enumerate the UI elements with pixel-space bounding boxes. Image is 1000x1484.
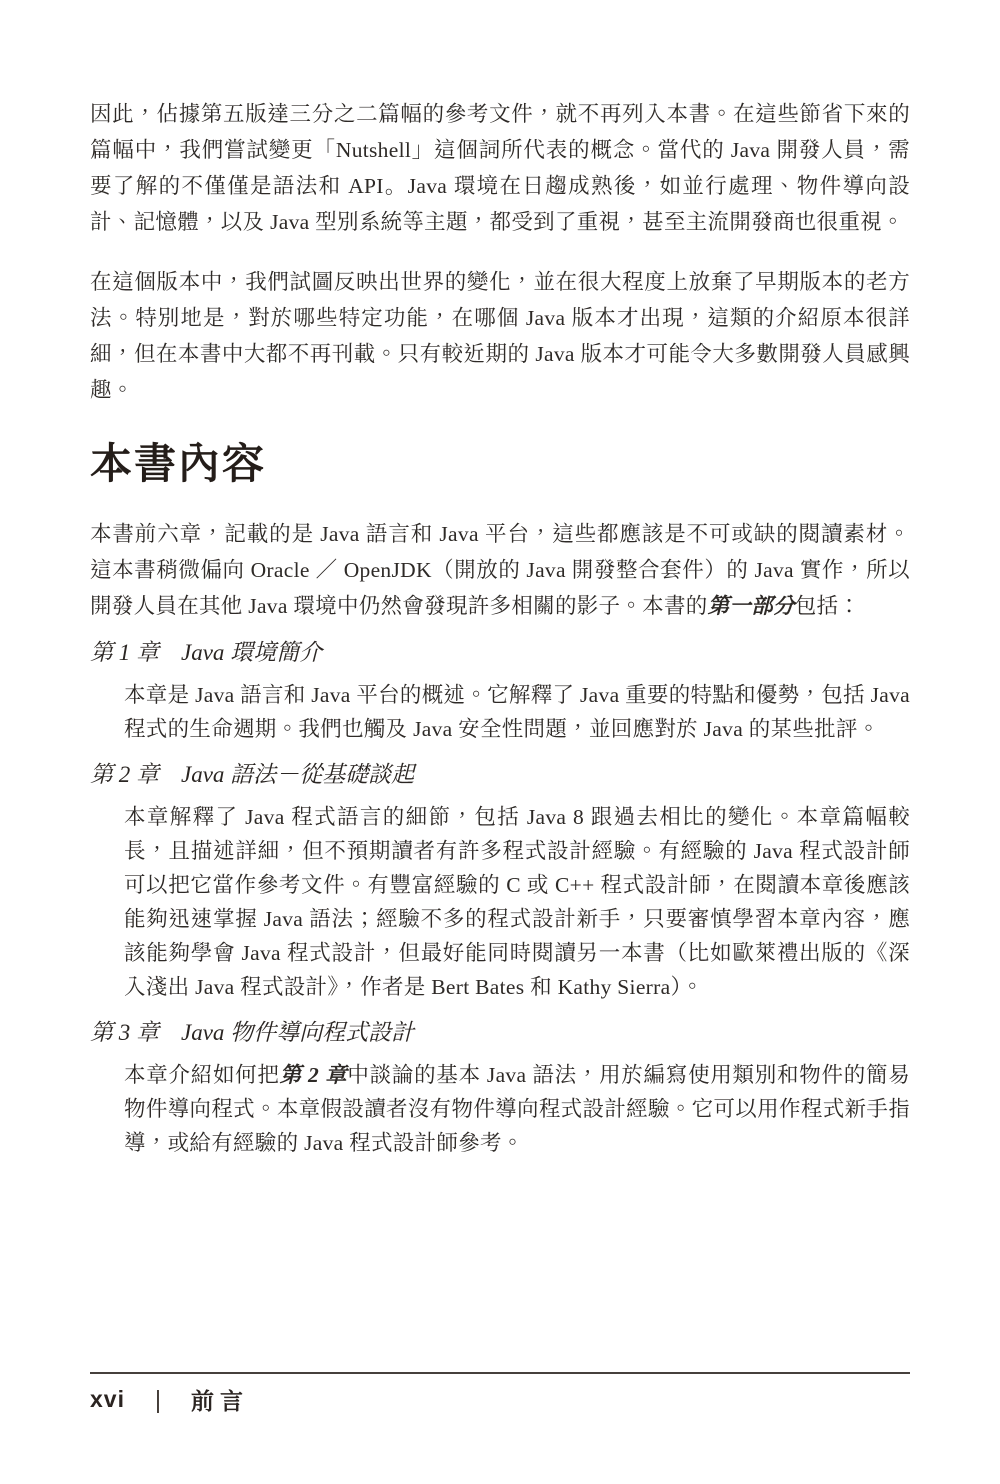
footer-row: xvi | 前言: [90, 1383, 910, 1416]
page-content: 因此，佔據第五版達三分之二篇幅的參考文件，就不再列入本書。在這些節省下來的篇幅中…: [90, 0, 910, 1160]
intro-paragraph: 因此，佔據第五版達三分之二篇幅的參考文件，就不再列入本書。在這些節省下來的篇幅中…: [90, 96, 910, 240]
footer-section-label: 前言: [191, 1383, 249, 1416]
chapter-description-text: 本章解釋了 Java 程式語言的細節，包括 Java 8 跟過去相比的變化。本章…: [124, 805, 910, 999]
intro-paragraph: 在這個版本中，我們試圖反映出世界的變化，並在很大程度上放棄了早期版本的老方法。特…: [90, 264, 910, 408]
page-footer: xvi | 前言: [90, 1372, 910, 1416]
chapter-heading: 第 2 章Java 語法－從基礎談起: [90, 758, 910, 792]
book-page: 因此，佔據第五版達三分之二篇幅的參考文件，就不再列入本書。在這些節省下來的篇幅中…: [0, 0, 1000, 1484]
chapter-title: Java 語法－從基礎談起: [181, 762, 414, 787]
chapter-number-label: 第 3 章: [90, 1020, 159, 1045]
chapter-entry: 第 3 章Java 物件導向程式設計 本章介紹如何把第 2 章中談論的基本 Ja…: [90, 1016, 910, 1160]
page-number: xvi: [90, 1386, 125, 1413]
chapter-description: 本章介紹如何把第 2 章中談論的基本 Java 語法，用於編寫使用類別和物件的簡…: [124, 1058, 910, 1160]
chapter-number-label: 第 2 章: [90, 762, 159, 787]
section-intro-paragraph: 本書前六章，記載的是 Java 語言和 Java 平台，這些都應該是不可或缺的閱…: [90, 516, 910, 624]
chapter-entry: 第 2 章Java 語法－從基礎談起 本章解釋了 Java 程式語言的細節，包括…: [90, 758, 910, 1004]
section-intro-emphasis: 第一部分: [708, 594, 795, 618]
chapter-description: 本章解釋了 Java 程式語言的細節，包括 Java 8 跟過去相比的變化。本章…: [124, 800, 910, 1004]
chapter-description-text: 本章是 Java 語言和 Java 平台的概述。它解釋了 Java 重要的特點和…: [124, 683, 910, 741]
chapter-heading: 第 3 章Java 物件導向程式設計: [90, 1016, 910, 1050]
chapter-description-emphasis: 第 2 章: [280, 1063, 348, 1087]
section-title: 本書內容: [90, 438, 910, 490]
chapter-description: 本章是 Java 語言和 Java 平台的概述。它解釋了 Java 重要的特點和…: [124, 678, 910, 746]
chapter-heading: 第 1 章Java 環境簡介: [90, 636, 910, 670]
chapter-entry: 第 1 章Java 環境簡介 本章是 Java 語言和 Java 平台的概述。它…: [90, 636, 910, 746]
chapter-number-label: 第 1 章: [90, 640, 159, 665]
section-intro-text: 包括：: [795, 594, 860, 618]
chapter-title: Java 環境簡介: [181, 640, 322, 665]
footer-divider: |: [155, 1385, 161, 1415]
chapter-description-text: 本章介紹如何把: [124, 1063, 280, 1087]
chapter-title: Java 物件導向程式設計: [181, 1020, 414, 1045]
